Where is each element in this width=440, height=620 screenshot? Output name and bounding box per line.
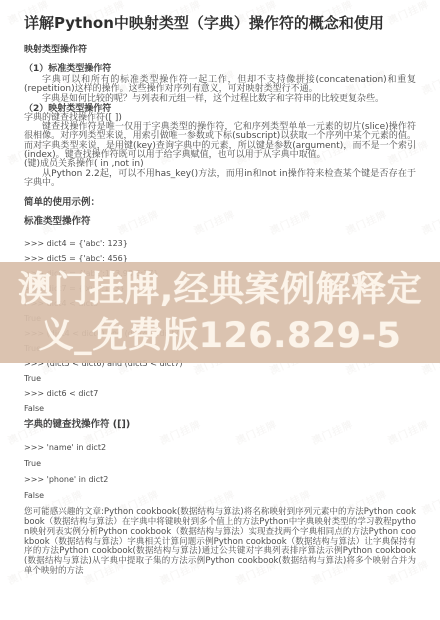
paragraph-membership: 从Python 2.2起，可以不用has_key()方法，而用in和not in… [24, 170, 416, 189]
page-title: 详解Python中映射类型（字典）操作符的概念和使用 [24, 14, 416, 32]
paragraph-key-lookup: 键查找操作符是唯一仅用于字典类型的操作符，它和序列类型单单一元素的切片(slic… [24, 123, 416, 160]
code-block-key-lookup: >>> 'name' in dict2 True >>> 'phone' in … [24, 444, 416, 500]
heading-standard-operators: （1）标准类型操作符 [24, 64, 416, 74]
code-line: False [24, 405, 416, 413]
watermark-banner: 澳门挂牌,经典案例解释定义_免费版126.829-5 [0, 262, 440, 363]
related-articles-links[interactable]: 您可能感兴趣的文章:Python cookbook(数据结构与算法)将名称映射到… [24, 508, 416, 577]
code-block1-heading: 标准类型操作符 [24, 217, 416, 227]
code-line: >>> dict4 = {'abc': 123} [24, 240, 416, 248]
code-line: True [24, 375, 416, 383]
code-line: False [24, 492, 416, 500]
section-label: 映射类型操作符 [24, 45, 416, 55]
code-line: True [24, 460, 416, 468]
paragraph-dict-compare: 字典是如何比较的呢？与列表和元组一样，这个过程比数字和字符串的比较更复杂些。 [24, 95, 416, 104]
examples-label: 简单的使用示例： [24, 198, 416, 208]
article-page: { "page": { "title": "详解Python中映射类型（字典）操… [0, 0, 440, 620]
paragraph-standard-operators: 字典可以和所有的标准类型操作符一起工作，但却不支持像拼接(concatenati… [24, 76, 416, 95]
watermark-text: 澳门挂牌,经典案例解释定义_免费版126.829-5 [10, 267, 430, 359]
code-line: >>> dict6 < dict7 [24, 390, 416, 398]
code-line: >>> 'phone' in dict2 [24, 476, 416, 484]
code-block2-heading: 字典的键查找操作符 ([]) [24, 420, 416, 430]
code-line: >>> 'name' in dict2 [24, 444, 416, 452]
